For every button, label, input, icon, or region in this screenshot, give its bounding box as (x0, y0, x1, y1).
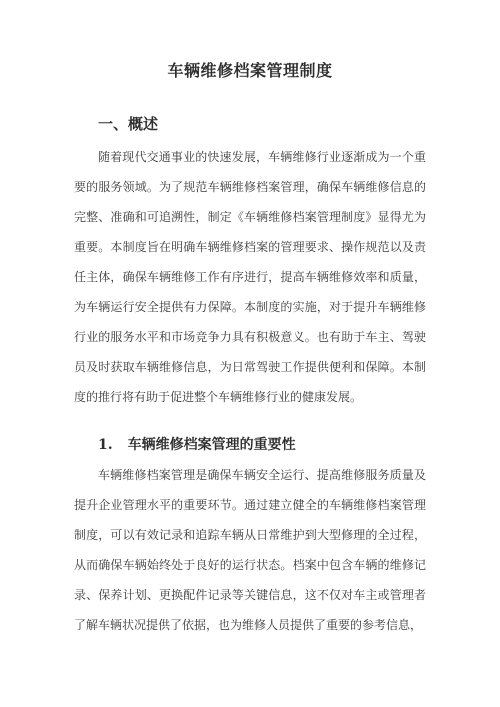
overview-paragraph: 随着现代交通事业的快速发展，车辆维修行业逐渐成为一个重要的服务领域。为了规范车辆… (74, 142, 426, 412)
document-page: 车辆维修档案管理制度 一、概述 随着现代交通事业的快速发展，车辆维修行业逐渐成为… (0, 0, 500, 707)
importance-paragraph: 车辆维修档案管理是确保车辆安全运行、提高维修服务质量及提升企业管理水平的重要环节… (74, 460, 426, 640)
section-heading-overview: 一、概述 (98, 109, 500, 139)
subsection-title: 车辆维修档案管理的重要性 (128, 437, 296, 453)
subsection-heading-importance: 1.车辆维修档案管理的重要性 (98, 430, 500, 460)
document-title: 车辆维修档案管理制度 (0, 56, 500, 86)
subsection-number: 1. (98, 430, 113, 460)
